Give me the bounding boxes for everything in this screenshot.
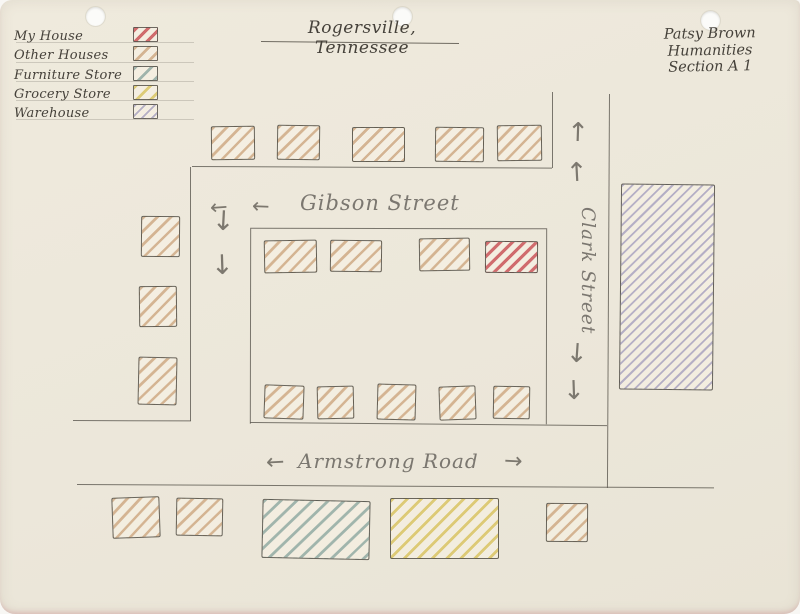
gibson-street-north-edge (192, 166, 552, 169)
clark-north-arrow-2-icon: ↑ (565, 159, 588, 186)
clark-south-arrow-2-icon: ↓ (563, 378, 586, 405)
building-other-house (139, 286, 177, 327)
building-other-house (277, 125, 320, 161)
building-other-house (419, 238, 470, 272)
building-other-house (546, 503, 588, 542)
building-other-house (211, 126, 255, 160)
building-other-house (352, 127, 405, 162)
side-street-west-edge (190, 167, 191, 421)
building-other-house (330, 240, 382, 273)
building-other-house (263, 384, 304, 419)
building-other-house (377, 383, 417, 420)
building-other-house (317, 386, 355, 420)
west-block-south-edge (73, 420, 191, 422)
building-other-house (497, 125, 542, 162)
building-other-house (435, 127, 484, 162)
building-other-house (176, 498, 224, 537)
scanned-map-page: Rogersville, Tennessee Patsy Brown Human… (0, 0, 800, 614)
gibson-west-arrow-2-icon: ← (252, 196, 270, 218)
clark-north-arrow-1-icon: ↑ (567, 120, 590, 147)
armstrong-west-arrow-icon: ← (265, 452, 285, 475)
armstrong-road-label: Armstrong Road (298, 449, 479, 473)
side-street-south-arrow-2-icon: ↓ (211, 252, 235, 280)
building-grocery-store (390, 498, 499, 559)
building-other-house (438, 385, 476, 420)
building-other-house (111, 496, 160, 539)
clark-street-label: Clark Street (574, 207, 598, 349)
building-other-house (141, 216, 180, 257)
gibson-street-label: Gibson Street (300, 191, 460, 215)
building-other-house (138, 357, 178, 406)
armstrong-road-south-edge (77, 484, 714, 489)
clark-street-west-edge-upper (552, 92, 553, 168)
map-layer: Gibson Street Clark Street Armstrong Roa… (0, 0, 800, 614)
building-other-house (264, 240, 318, 274)
side-street-south-arrow-1-icon: ↓ (211, 207, 235, 235)
clark-street-east-edge (607, 94, 610, 488)
armstrong-east-arrow-icon: → (503, 451, 523, 474)
armstrong-road-north-edge (250, 422, 607, 427)
building-warehouse (619, 184, 715, 391)
building-furniture-store (261, 499, 370, 560)
building-other-house (493, 386, 531, 420)
building-my-house (485, 241, 538, 273)
clark-south-arrow-1-icon: ↓ (565, 340, 589, 367)
